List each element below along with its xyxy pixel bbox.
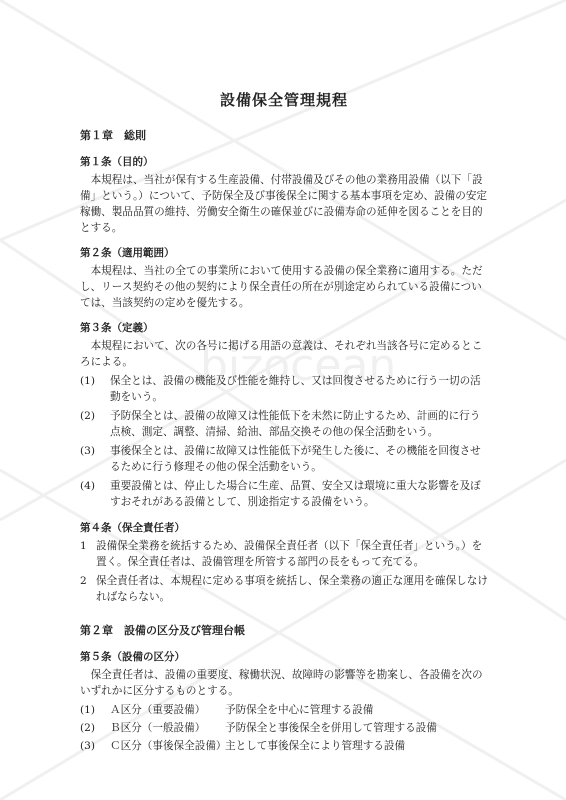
class-description: 主として事後保全により管理する設備 [225,738,488,754]
class-description: 予防保全を中心に管理する設備 [225,702,488,718]
article-heading: 第２条（適用範囲） [80,245,488,261]
document-page: 設備保全管理規程 第１章 総則 第１条（目的） 本規程は、当社が保有する生産設備… [80,90,488,764]
chapter-heading: 第２章 設備の区分及び管理台帳 [80,623,488,639]
list-item: (3) 事後保全とは、設備に故障又は性能低下が発生した後に、その機能を回復させる… [80,443,488,475]
class-name: Ｃ区分（事後保全設備） [110,738,225,754]
item-text: 重要設備とは、停止した場合に生産、品質、安全又は環境に重大な影響を及ぼすおそれが… [110,478,488,510]
equipment-class-list: (1) Ａ区分（重要設備） 予防保全を中心に管理する設備 (2) Ｂ区分（一般設… [80,702,488,754]
class-name: Ｂ区分（一般設備） [110,720,225,736]
class-number: (1) [80,702,110,718]
item-text: 保全とは、設備の機能及び性能を維持し、又は回復させるために行う一切の活動をいう。 [110,373,488,405]
item-number: (2) [80,408,110,440]
definition-list: (1) 保全とは、設備の機能及び性能を維持し、又は回復させるために行う一切の活動… [80,373,488,510]
article-body: 本規程は、当社の全ての事業所において使用する設備の保全業務に適用する。ただし、リ… [80,263,488,311]
article-body: 本規程において、次の各号に掲げる用語の意義は、それぞれ当該各号に定めるところによ… [80,338,488,370]
article-heading: 第４条（保全責任者） [80,520,488,536]
article-heading: 第３条（定義） [80,320,488,336]
article-heading: 第５条（設備の区分） [80,649,488,665]
list-item: (4) 重要設備とは、停止した場合に生産、品質、安全又は環境に重大な影響を及ぼす… [80,478,488,510]
class-row: (3) Ｃ区分（事後保全設備） 主として事後保全により管理する設備 [80,738,488,754]
list-item: (2) 予防保全とは、設備の故障又は性能低下を未然に防止するため、計画的に行う点… [80,408,488,440]
item-number: (3) [80,443,110,475]
class-row: (1) Ａ区分（重要設備） 予防保全を中心に管理する設備 [80,702,488,718]
article-body: 保全責任者は、設備の重要度、稼働状況、故障時の影響等を勘案し、各設備を次のいずれ… [80,667,488,699]
class-description: 予防保全と事後保全を併用して管理する設備 [225,720,488,736]
clause-item: 2 保全責任者は、本規程に定める事項を統括し、保全業務の適正な運用を確保しなけれ… [80,573,488,605]
item-text: 予防保全とは、設備の故障又は性能低下を未然に防止するため、計画的に行う点検、測定… [110,408,488,440]
article-body: 本規程は、当社が保有する生産設備、付帯設備及びその他の業務用設備（以下「設備」と… [80,172,488,236]
article-heading: 第１条（目的） [80,154,488,170]
list-item: (1) 保全とは、設備の機能及び性能を維持し、又は回復させるために行う一切の活動… [80,373,488,405]
item-number: (1) [80,373,110,405]
clause-number: 2 [80,573,96,605]
clause-text: 保全責任者は、本規程に定める事項を統括し、保全業務の適正な運用を確保しなければな… [96,573,488,605]
class-row: (2) Ｂ区分（一般設備） 予防保全と事後保全を併用して管理する設備 [80,720,488,736]
clause-item: 1 設備保全業務を統括するため、設備保全責任者（以下「保全責任者」という。）を置… [80,538,488,570]
clause-number: 1 [80,538,96,570]
class-number: (3) [80,738,110,754]
class-number: (2) [80,720,110,736]
clause-list: 1 設備保全業務を統括するため、設備保全責任者（以下「保全責任者」という。）を置… [80,538,488,605]
clause-text: 設備保全業務を統括するため、設備保全責任者（以下「保全責任者」という。）を置く。… [96,538,488,570]
item-text: 事後保全とは、設備に故障又は性能低下が発生した後に、その機能を回復させるために行… [110,443,488,475]
chapter-heading: 第１章 総則 [80,128,488,144]
document-title: 設備保全管理規程 [80,92,488,108]
item-number: (4) [80,478,110,510]
class-name: Ａ区分（重要設備） [110,702,225,718]
